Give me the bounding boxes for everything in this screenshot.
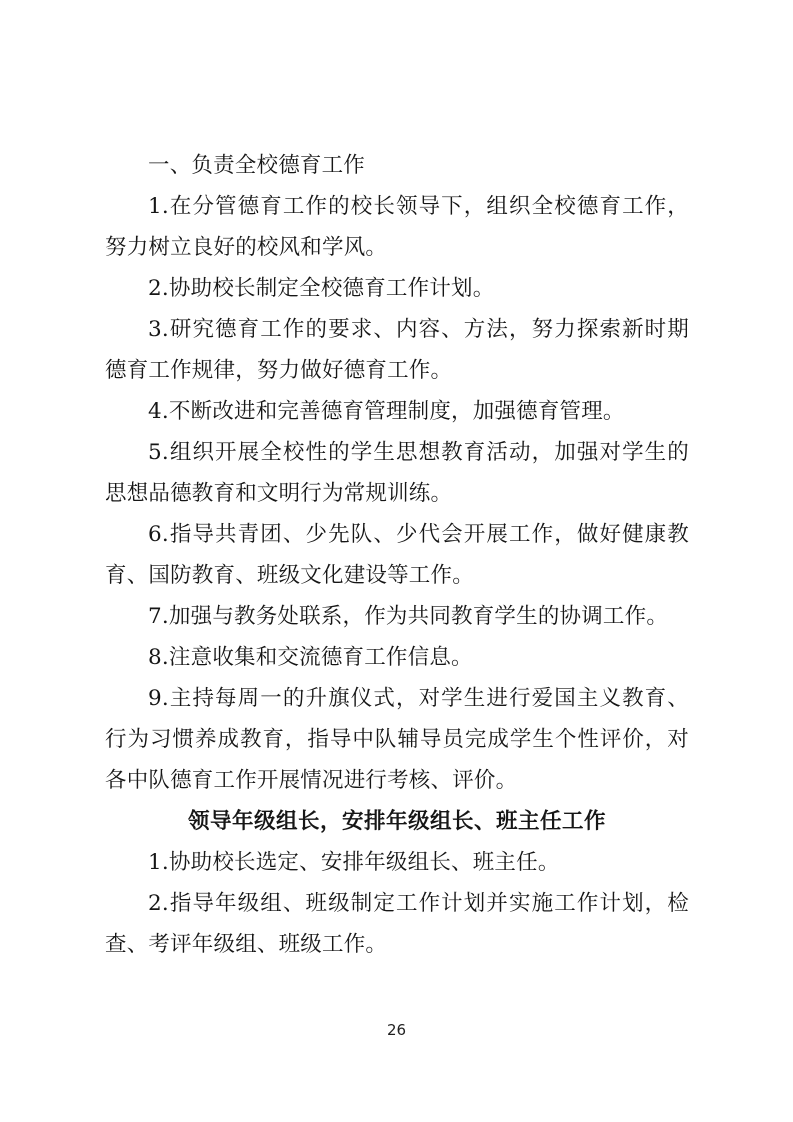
paragraph-item-9: 9.主持每周一的升旗仪式，对学生进行爱国主义教育、行为习惯养成教育，指导中队辅导…	[105, 678, 689, 801]
paragraph-item-8: 8.注意收集和交流德育工作信息。	[105, 637, 689, 678]
paragraph-item-4: 4.不断改进和完善德育管理制度，加强德育管理。	[105, 391, 689, 432]
paragraph-item-10: 1.协助校长选定、安排年级组长、班主任。	[105, 842, 689, 883]
section-title-moral-education: 一、负责全校德育工作	[105, 145, 689, 186]
document-text-block: 一、负责全校德育工作 1.在分管德育工作的校长领导下，组织全校德育工作，努力树立…	[105, 145, 689, 965]
paragraph-item-7: 7.加强与教务处联系，作为共同教育学生的协调工作。	[105, 596, 689, 637]
paragraph-item-6: 6.指导共青团、少先队、少代会开展工作，做好健康教育、国防教育、班级文化建设等工…	[105, 514, 689, 596]
paragraph-item-1: 1.在分管德育工作的校长领导下，组织全校德育工作，努力树立良好的校风和学风。	[105, 186, 689, 268]
paragraph-item-5: 5.组织开展全校性的学生思想教育活动，加强对学生的思想品德教育和文明行为常规训练…	[105, 432, 689, 514]
document-page: 一、负责全校德育工作 1.在分管德育工作的校长领导下，组织全校德育工作，努力树立…	[0, 0, 793, 1122]
paragraph-item-11: 2.指导年级组、班级制定工作计划并实施工作计划，检查、考评年级组、班级工作。	[105, 883, 689, 965]
paragraph-item-2: 2.协助校长制定全校德育工作计划。	[105, 268, 689, 309]
page-number: 26	[0, 1021, 793, 1039]
section-heading-grade-leaders: 领导年级组长，安排年级组长、班主任工作	[105, 801, 689, 842]
paragraph-item-3: 3.研究德育工作的要求、内容、方法，努力探索新时期德育工作规律，努力做好德育工作…	[105, 309, 689, 391]
